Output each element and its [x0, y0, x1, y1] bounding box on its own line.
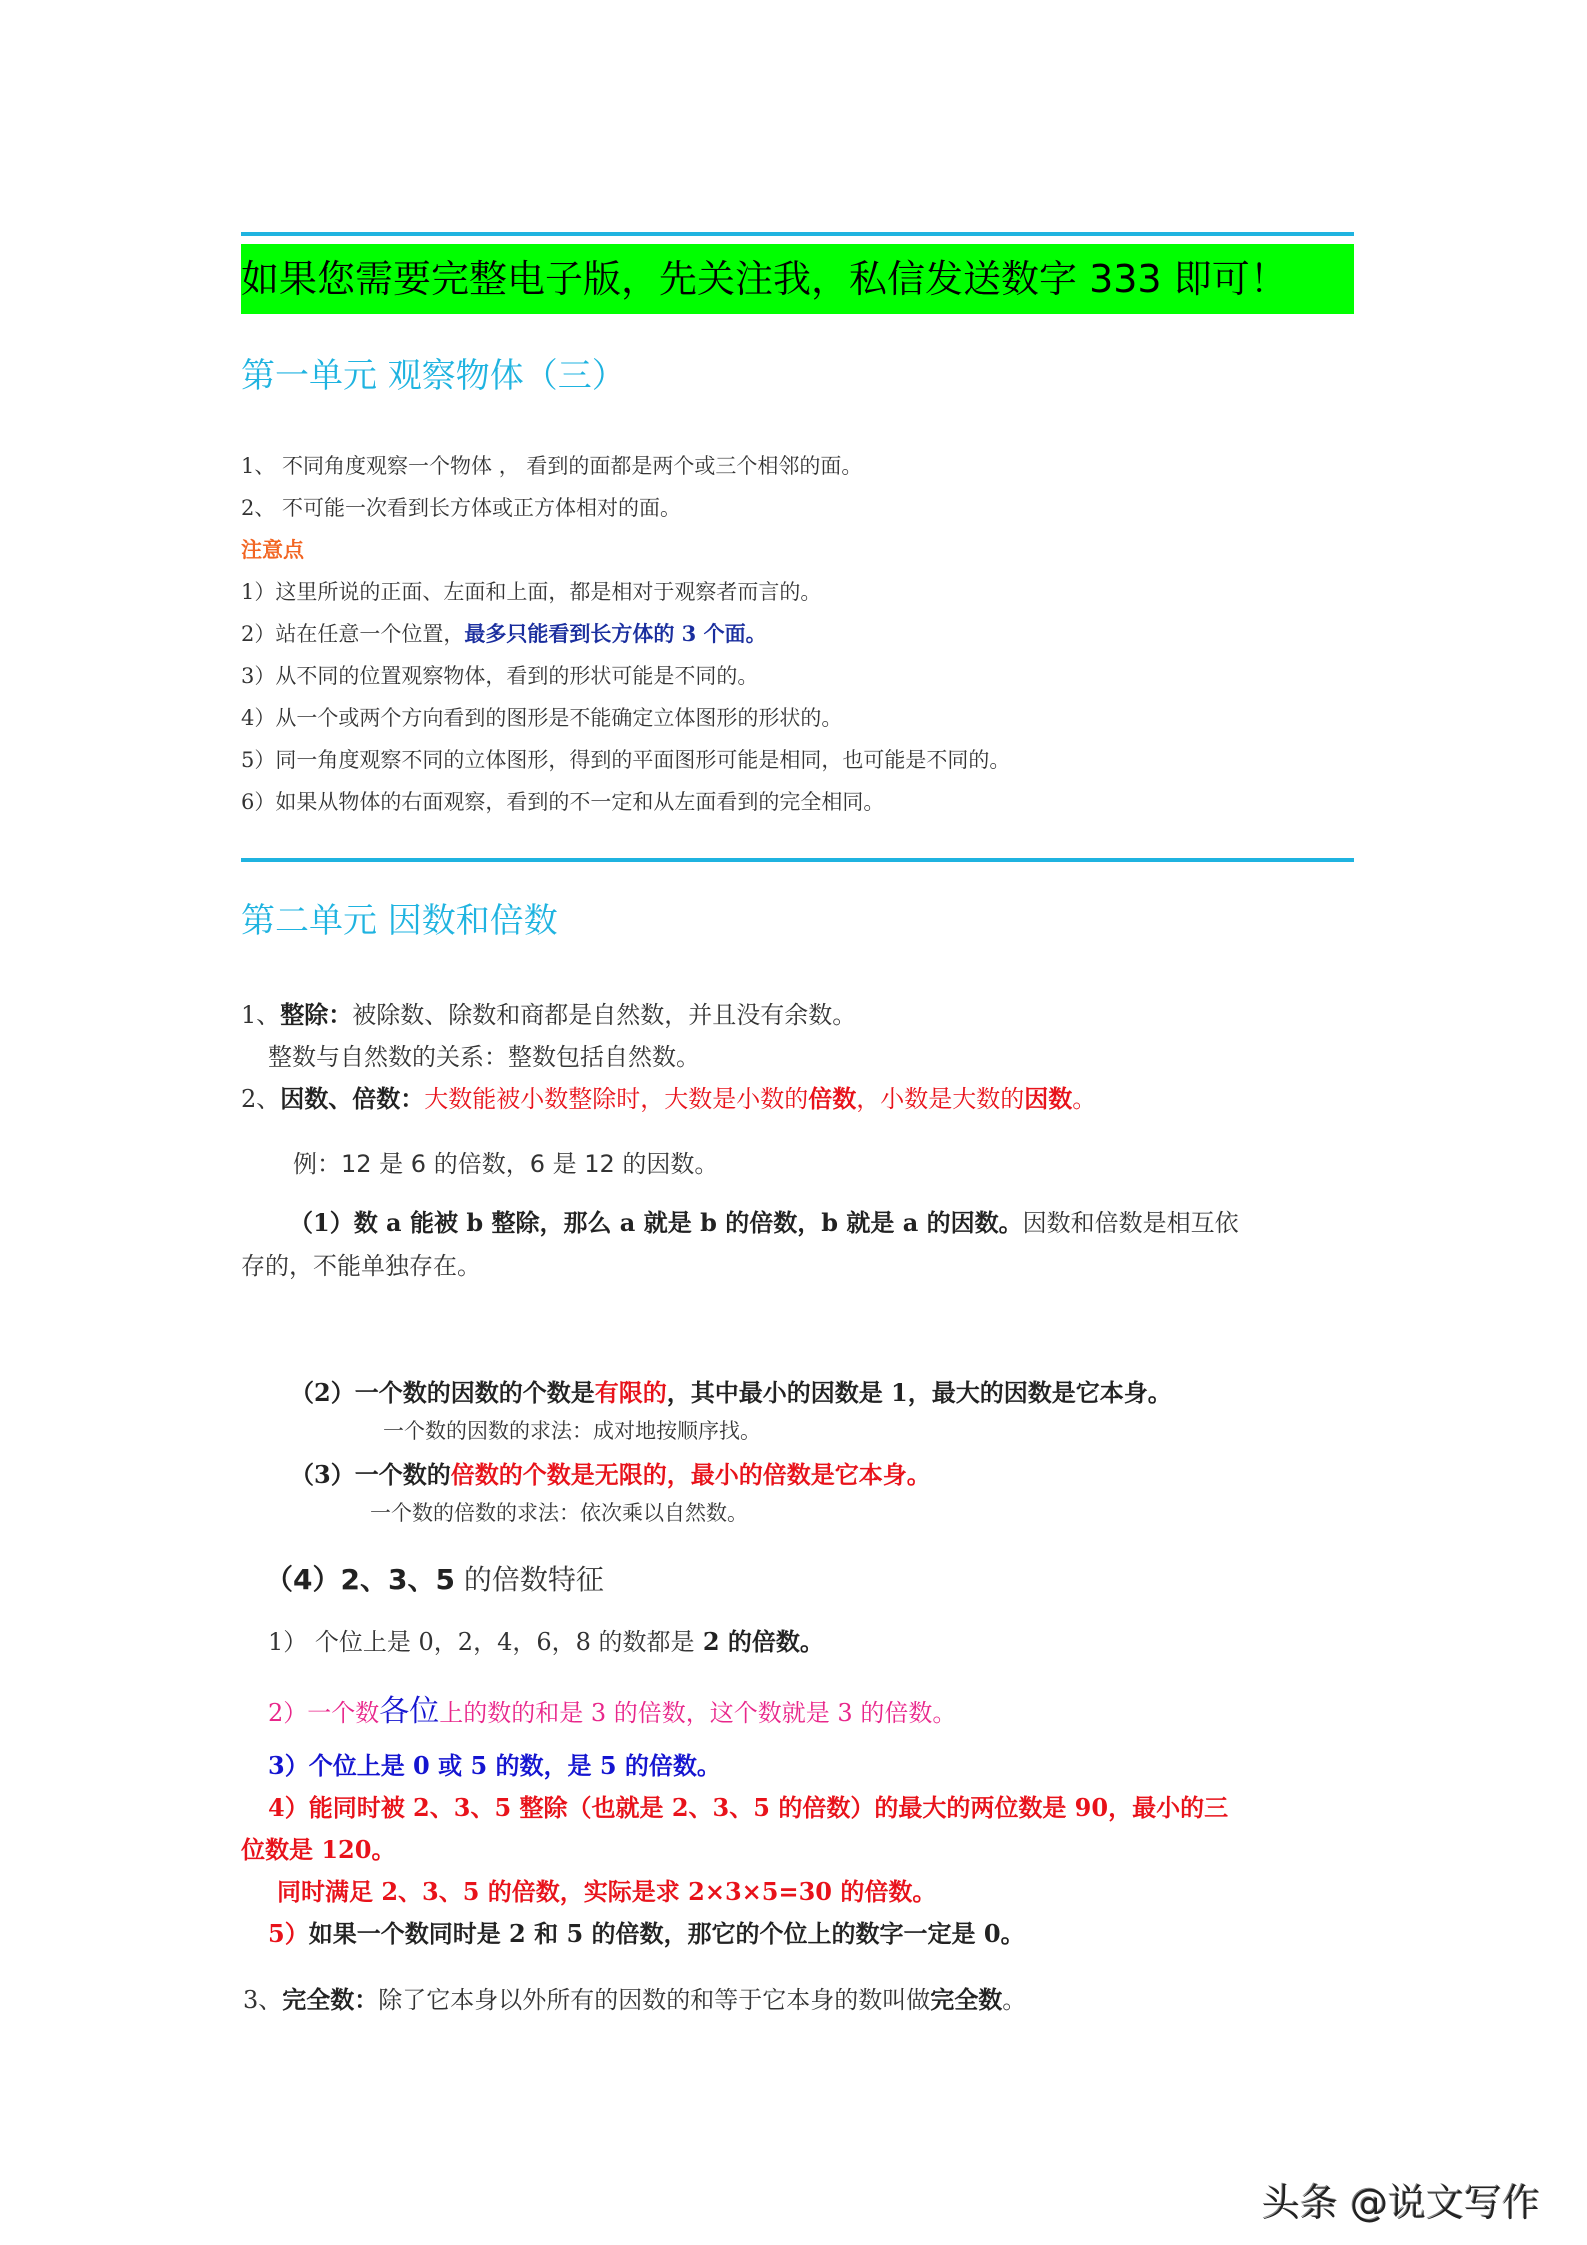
item1-text: 被除数、除数和商都是自然数，并且没有余数。	[352, 1001, 856, 1029]
item2-red-2: ，小数是大数的	[856, 1085, 1024, 1113]
item2-term: 因数、倍数：	[280, 1084, 424, 1113]
feature-4-line-3: 同时满足 2、3、5 的倍数，实际是求 2×3×5=30 的倍数。	[277, 1872, 936, 1907]
banner-text: 如果您需要完整电子版，先关注我，私信发送数字 333 即可！	[241, 257, 1288, 301]
p2-a: （2）一个数的因数的个数是	[290, 1378, 595, 1407]
item2: 2、因数、倍数：大数能被小数整除时，大数是小数的倍数，小数是大数的因数。	[241, 1079, 1096, 1114]
item2-red-3: 。	[1072, 1085, 1096, 1113]
note-3: 3）从不同的位置观察物体，看到的形状可能是不同的。	[241, 660, 758, 690]
item3-term: 完全数：	[282, 1985, 378, 2014]
p3-red: 倍数的个数是无限的，最小的倍数是它本身。	[451, 1460, 931, 1489]
item1: 1、整除：被除数、除数和商都是自然数，并且没有余数。	[241, 995, 856, 1030]
feature-3: 3）个位上是 0 或 5 的数，是 5 的倍数。	[268, 1746, 721, 1781]
item2-num: 2、	[241, 1085, 280, 1113]
unit1-point-1: 1、 不同角度观察一个物体 ， 看到的面都是两个或三个相邻的面。	[241, 450, 862, 480]
feature-5: 5）如果一个数同时是 2 和 5 的倍数，那它的个位上的数字一定是 0。	[268, 1914, 1025, 1949]
note-2-text: 2）站在任意一个位置，	[241, 622, 464, 646]
item1-sub: 整数与自然数的关系：整数包括自然数。	[268, 1037, 700, 1072]
unit2-title: 第二单元 因数和倍数	[241, 893, 558, 942]
feature-2: 2）一个数各位上的数的和是 3 的倍数，这个数就是 3 的倍数。	[268, 1686, 956, 1730]
item1-term: 整除：	[280, 1000, 352, 1029]
note-4: 4）从一个或两个方向看到的图形是不能确定立体图形的形状的。	[241, 702, 842, 732]
unit1-title: 第一单元 观察物体（三）	[241, 348, 626, 397]
promo-banner: 如果您需要完整电子版，先关注我，私信发送数字 333 即可！	[241, 244, 1354, 314]
top-divider	[241, 232, 1354, 236]
feature-5-num: 5）	[268, 1919, 309, 1948]
feature-2-a: 2）一个数	[268, 1699, 379, 1727]
p4-heading: （4）2、3、5 的倍数特征	[265, 1558, 604, 1598]
note-2-emphasis: 最多只能看到长方体的 3 个面。	[464, 621, 766, 646]
p2-sub: 一个数的因数的求法：成对地按顺序找。	[383, 1415, 761, 1445]
note-1: 1）这里所说的正面、左面和上面，都是相对于观察者而言的。	[241, 576, 821, 606]
feature-1-b: 2 的倍数。	[695, 1627, 824, 1656]
feature-1-a: 1） 个位上是 0，2，4，6，8 的数都是	[268, 1628, 695, 1656]
unit1-point-2: 2、 不可能一次看到长方体或正方体相对的面。	[241, 492, 681, 522]
feature-4-line-2: 位数是 120。	[241, 1830, 395, 1865]
p1: （1）数 a 能被 b 整除，那么 a 就是 b 的倍数，b 就是 a 的因数。…	[289, 1203, 1239, 1238]
item3-num: 3、	[243, 1986, 282, 2014]
p3-a: （3）一个数的	[290, 1460, 451, 1489]
item2-red-1: 大数能被小数整除时，大数是小数的	[424, 1085, 808, 1113]
p4-heading-text: 的倍数特征	[455, 1563, 604, 1596]
item2-factor: 因数	[1024, 1084, 1072, 1113]
feature-2-b: 上的数的和是 3 的倍数，这个数就是 3 的倍数。	[439, 1699, 956, 1727]
example: 例：12 是 6 的倍数，6 是 12 的因数。	[293, 1144, 718, 1179]
p1-bold: （1）数 a 能被 b 整除，那么 a 就是 b 的倍数，b 就是 a 的因数。	[289, 1208, 1023, 1237]
p2-b: ，其中最小的因数是 1，最大的因数是它本身。	[667, 1378, 1172, 1407]
p1-cont: 存的，不能单独存在。	[241, 1246, 481, 1281]
item2-multiple: 倍数	[808, 1084, 856, 1113]
p2: （2）一个数的因数的个数是有限的，其中最小的因数是 1，最大的因数是它本身。	[290, 1373, 1172, 1408]
item3-term2: 完全数	[930, 1985, 1002, 2014]
watermark: 头条 @说文写作	[1262, 2172, 1540, 2227]
p1-normal: 因数和倍数是相互依	[1023, 1209, 1239, 1237]
p4-heading-bold: （4）2、3、5	[265, 1563, 455, 1596]
notes-heading: 注意点	[241, 534, 304, 564]
feature-1: 1） 个位上是 0，2，4，6，8 的数都是 2 的倍数。	[268, 1622, 824, 1657]
note-6: 6）如果从物体的右面观察，看到的不一定和从左面看到的完全相同。	[241, 786, 884, 816]
p2-red: 有限的	[595, 1378, 667, 1407]
section-divider	[241, 858, 1354, 862]
item3-text: 除了它本身以外所有的因数的和等于它本身的数叫做	[378, 1986, 930, 2014]
note-5: 5）同一角度观察不同的立体图形，得到的平面图形可能是相同，也可能是不同的。	[241, 744, 1010, 774]
feature-5-text: 如果一个数同时是 2 和 5 的倍数，那它的个位上的数字一定是 0。	[309, 1919, 1025, 1948]
item3: 3、完全数：除了它本身以外所有的因数的和等于它本身的数叫做完全数。	[243, 1980, 1026, 2015]
item3-end: 。	[1002, 1986, 1026, 2014]
note-2: 2）站在任意一个位置，最多只能看到长方体的 3 个面。	[241, 618, 767, 648]
feature-2-highlight: 各位	[379, 1694, 439, 1729]
item1-num: 1、	[241, 1001, 280, 1029]
p3-sub: 一个数的倍数的求法：依次乘以自然数。	[370, 1497, 748, 1527]
feature-4-line-1: 4）能同时被 2、3、5 整除（也就是 2、3、5 的倍数）的最大的两位数是 9…	[268, 1788, 1228, 1823]
p3: （3）一个数的倍数的个数是无限的，最小的倍数是它本身。	[290, 1455, 931, 1490]
